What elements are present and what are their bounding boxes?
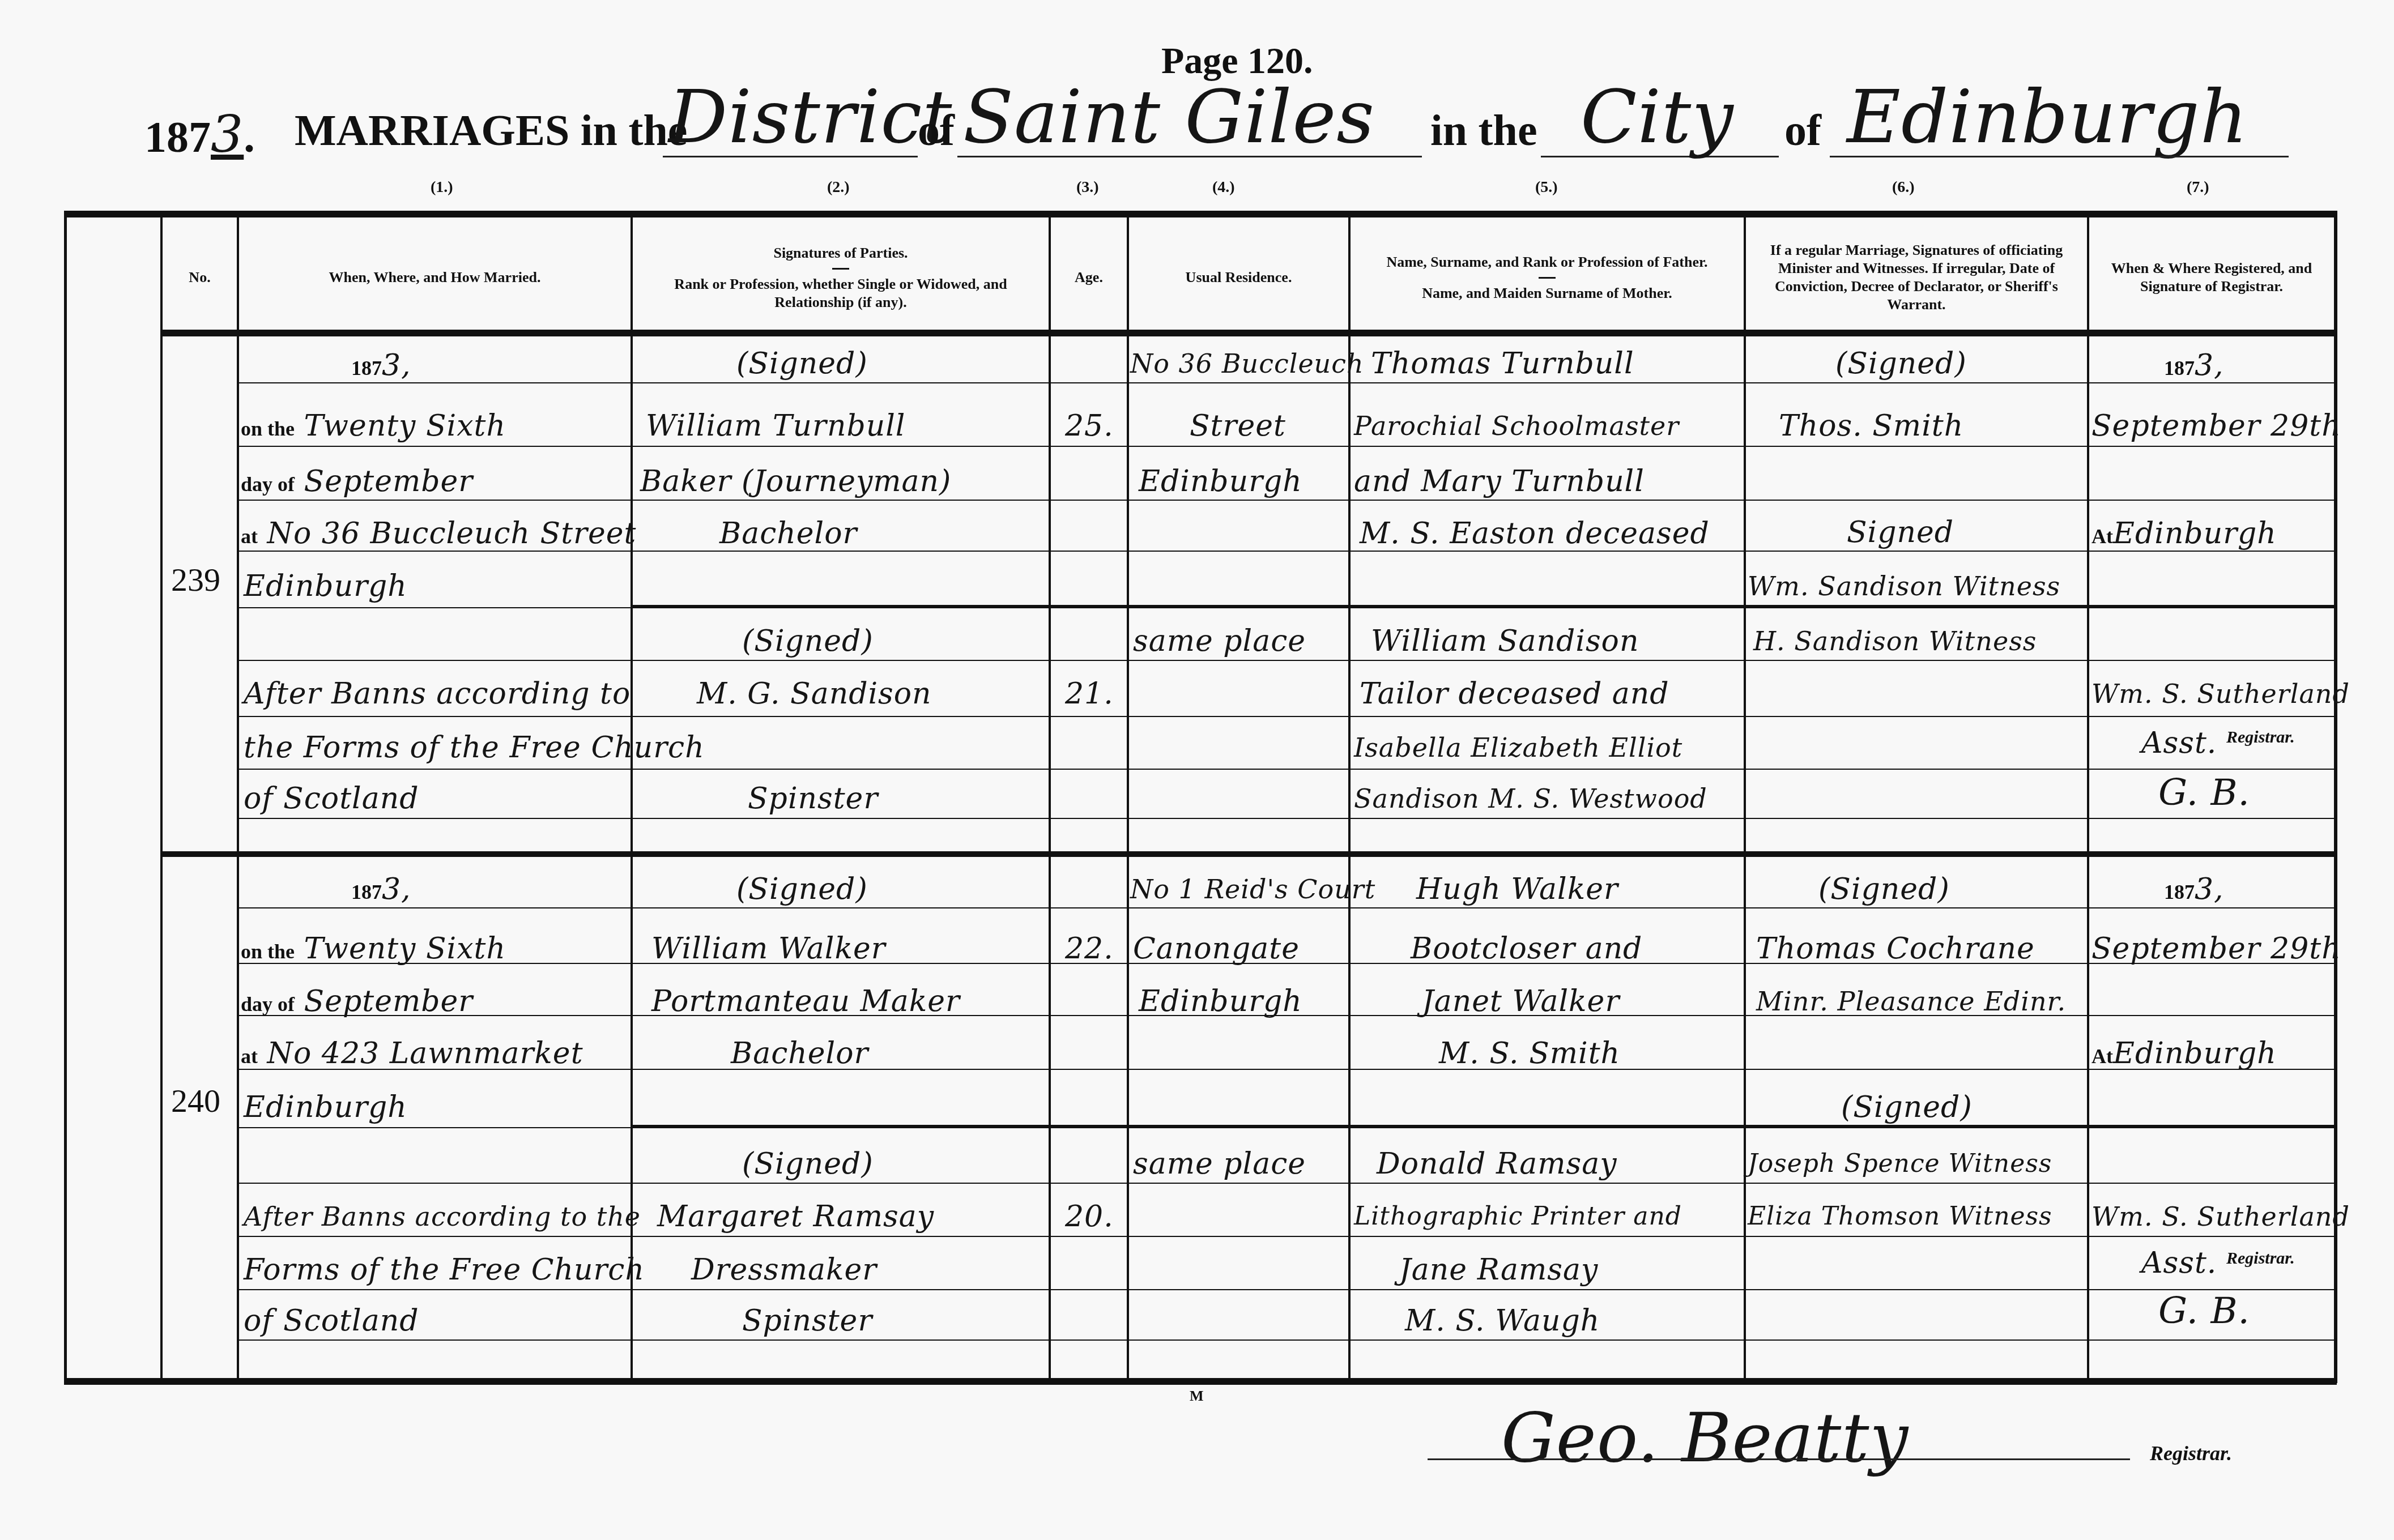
bride-father-rank: Tailor deceased and xyxy=(1360,677,1669,711)
marriage-place-city: Edinburgh xyxy=(244,569,407,603)
marriage-day: Twenty Sixth xyxy=(304,932,506,966)
marriage-day: Twenty Sixth xyxy=(304,409,506,443)
registrar-assistant: Asst. xyxy=(2141,1246,2217,1280)
marriage-how-1: After Banns according to xyxy=(244,677,631,711)
marriage-month: September xyxy=(304,464,474,498)
bride-mother: Jane Ramsay xyxy=(1399,1253,1598,1287)
marriage-month: September xyxy=(304,984,474,1018)
groom-status: Bachelor xyxy=(731,1036,868,1070)
year-prefix: 187 xyxy=(144,112,211,161)
groom-name: William Walker xyxy=(651,932,886,966)
signature-line xyxy=(1428,1458,2130,1460)
minister-parish: Minr. Pleasance Edinr. xyxy=(1756,984,2066,1018)
groom-mother: Janet Walker xyxy=(1422,984,1620,1018)
burgh-type: City xyxy=(1581,74,1734,160)
bride-signed: (Signed) xyxy=(742,624,874,658)
column-number-7: (7.) xyxy=(2187,178,2209,197)
reg-year-digit: 3, xyxy=(2195,872,2224,906)
registrar-signature: Wm. S. Sutherland xyxy=(2091,677,2350,711)
registrar-initials: G. B. xyxy=(2158,1294,2250,1328)
bride-age: 20. xyxy=(1065,1200,1114,1234)
minister-name: Thos. Smith xyxy=(1779,409,1963,443)
registrar-label: Registrar. xyxy=(2226,1249,2295,1268)
groom-father: Thomas Turnbull xyxy=(1371,347,1634,381)
marriage-how-2: Forms of the Free Church xyxy=(244,1253,645,1287)
registrar-initials: G. B. xyxy=(2158,776,2250,810)
groom-rank: Baker (Journeyman) xyxy=(640,464,951,498)
marriage-place: No 36 Buccleuch Street xyxy=(267,517,637,551)
on-the-label: on the xyxy=(241,940,295,963)
groom-father-rank: Bootcloser and xyxy=(1411,932,1642,966)
groom-age: 25. xyxy=(1065,409,1114,443)
marriage-place-city: Edinburgh xyxy=(244,1090,407,1124)
groom-signed: (Signed) xyxy=(736,347,868,381)
bride-mother: Isabella Elizabeth Elliot xyxy=(1354,731,1682,765)
year-digit: 3 xyxy=(211,105,244,164)
header-parents: Name, Surname, and Rank or Profession of… xyxy=(1351,227,1744,329)
registrar-assistant: Asst. xyxy=(2141,726,2217,760)
in-the-label: in the xyxy=(1430,105,1537,156)
groom-residence-1: No 36 Buccleuch xyxy=(1130,347,1364,381)
district-registrar-label: Registrar. xyxy=(2150,1441,2232,1465)
bride-status: Spinster xyxy=(748,782,878,816)
groom-mother-maiden: M. S. Easton deceased xyxy=(1360,517,1710,551)
of-label-2: of xyxy=(1784,105,1821,156)
header-father: Name, Surname, and Rank or Profession of… xyxy=(1375,253,1719,271)
groom-residence-3: Edinburgh xyxy=(1139,984,1302,1018)
bride-rank: Dressmaker xyxy=(691,1253,877,1287)
groom-father: Hugh Walker xyxy=(1416,872,1618,906)
entry-number: 239 xyxy=(171,561,220,599)
column-number-2: (2.) xyxy=(827,178,850,197)
minister-signed: (Signed) xyxy=(1835,347,1967,381)
header-signatures-sub: Rank or Profession, whether Single or Wi… xyxy=(633,275,1049,312)
bride-signed: (Signed) xyxy=(742,1147,874,1181)
bride-name: Margaret Ramsay xyxy=(657,1200,934,1234)
header-signatures: Signatures of Parties. Rank or Professio… xyxy=(633,227,1049,329)
on-the-label: on the xyxy=(241,417,295,440)
district-name: Saint Giles xyxy=(963,74,1375,160)
header-registered: When & Where Registered, and Signature o… xyxy=(2089,227,2334,329)
of-label-1: of xyxy=(918,105,955,156)
groom-rank: Portmanteau Maker xyxy=(651,984,960,1018)
groom-residence-1: No 1 Reid's Court xyxy=(1130,872,1375,906)
reg-year-digit: 3, xyxy=(2195,348,2224,382)
column-number-6: (6.) xyxy=(1892,178,1915,197)
groom-residence-2: Canongate xyxy=(1133,932,1300,966)
groom-residence-3: Edinburgh xyxy=(1139,464,1302,498)
groom-age: 22. xyxy=(1065,932,1114,966)
bride-age: 21. xyxy=(1065,677,1114,711)
at-label: at xyxy=(241,525,258,548)
reg-date: September 29th xyxy=(2091,932,2341,966)
bride-residence: same place xyxy=(1133,1147,1306,1181)
witness-1: Joseph Spence Witness xyxy=(1748,1147,2052,1181)
page-marker: M xyxy=(1190,1388,1204,1405)
registrar-signature: Wm. S. Sutherland xyxy=(2091,1200,2350,1234)
burgh-name: Edinburgh xyxy=(1847,74,2248,160)
bride-name: M. G. Sandison xyxy=(697,677,932,711)
marriage-how-3: of Scotland xyxy=(244,1304,419,1338)
reg-place: Edinburgh xyxy=(2113,517,2277,551)
header-signatures-title: Signatures of Parties. xyxy=(773,244,908,262)
district-registrar-signature: Geo. Beatty xyxy=(1501,1399,1909,1478)
district-word: District xyxy=(668,74,953,160)
column-number-1: (1.) xyxy=(431,178,453,197)
marriage-year-digit: 3, xyxy=(382,872,411,906)
marriage-how-3: of Scotland xyxy=(244,782,419,816)
registrar-label: Registrar. xyxy=(2226,728,2295,747)
groom-residence-2: Street xyxy=(1190,409,1286,443)
bride-mother-maiden: M. S. Waugh xyxy=(1405,1304,1600,1338)
at-label: at xyxy=(241,1045,258,1068)
register-title: 1873. xyxy=(144,105,255,164)
bride-father: Donald Ramsay xyxy=(1377,1147,1617,1181)
groom-name: William Turnbull xyxy=(646,409,905,443)
minister-signed: (Signed) xyxy=(1818,872,1950,906)
reg-year-printed: 187 xyxy=(2164,357,2195,379)
witness-2: Eliza Thomson Witness xyxy=(1748,1200,2052,1234)
marriage-place: No 423 Lawnmarket xyxy=(267,1036,583,1070)
groom-signed: (Signed) xyxy=(736,872,868,906)
bride-father-rank: Lithographic Printer and xyxy=(1354,1200,1682,1234)
marriage-how-1: After Banns according to the xyxy=(244,1200,641,1234)
reg-at-label: At xyxy=(2091,1045,2113,1068)
reg-year-printed: 187 xyxy=(2164,881,2195,903)
marriage-how-2: the Forms of the Free Church xyxy=(244,731,705,765)
witness-1: Wm. Sandison Witness xyxy=(1748,569,2060,603)
day-of-label: day of xyxy=(241,993,295,1016)
reg-at-label: At xyxy=(2091,525,2113,548)
witness-signed: (Signed) xyxy=(1841,1090,1973,1124)
groom-mother: and Mary Turnbull xyxy=(1354,464,1645,498)
reg-date: September 29th xyxy=(2091,409,2341,443)
entry-number: 240 xyxy=(171,1082,220,1120)
year-printed: 187 xyxy=(351,357,382,379)
marriages-label: MARRIAGES in the xyxy=(295,105,687,156)
column-number-5: (5.) xyxy=(1535,178,1558,197)
header-minister: If a regular Marriage, Signatures of off… xyxy=(1746,227,2087,329)
header-mother: Name, and Maiden Surname of Mother. xyxy=(1422,284,1672,302)
header-when-where: When, Where, and How Married. xyxy=(239,227,631,329)
bride-residence: same place xyxy=(1133,624,1306,658)
minister-name: Thomas Cochrane xyxy=(1756,932,2035,966)
column-number-4: (4.) xyxy=(1212,178,1235,197)
bride-father: William Sandison xyxy=(1371,624,1639,658)
day-of-label: day of xyxy=(241,473,295,496)
witness-signed: Signed xyxy=(1847,515,1954,549)
header-residence: Usual Residence. xyxy=(1129,227,1348,329)
year-printed: 187 xyxy=(351,881,382,903)
header-age: Age. xyxy=(1051,227,1127,329)
groom-status: Bachelor xyxy=(719,517,857,551)
groom-mother-maiden: M. S. Smith xyxy=(1439,1036,1620,1070)
groom-father-rank: Parochial Schoolmaster xyxy=(1354,409,1679,443)
header-no: No. xyxy=(163,227,237,329)
bride-status: Spinster xyxy=(742,1304,872,1338)
column-number-3: (3.) xyxy=(1076,178,1099,197)
witness-2: H. Sandison Witness xyxy=(1753,624,2037,658)
bride-mother-maiden: Sandison M. S. Westwood xyxy=(1354,782,1707,816)
reg-place: Edinburgh xyxy=(2113,1036,2277,1070)
marriage-year-digit: 3, xyxy=(382,348,411,382)
